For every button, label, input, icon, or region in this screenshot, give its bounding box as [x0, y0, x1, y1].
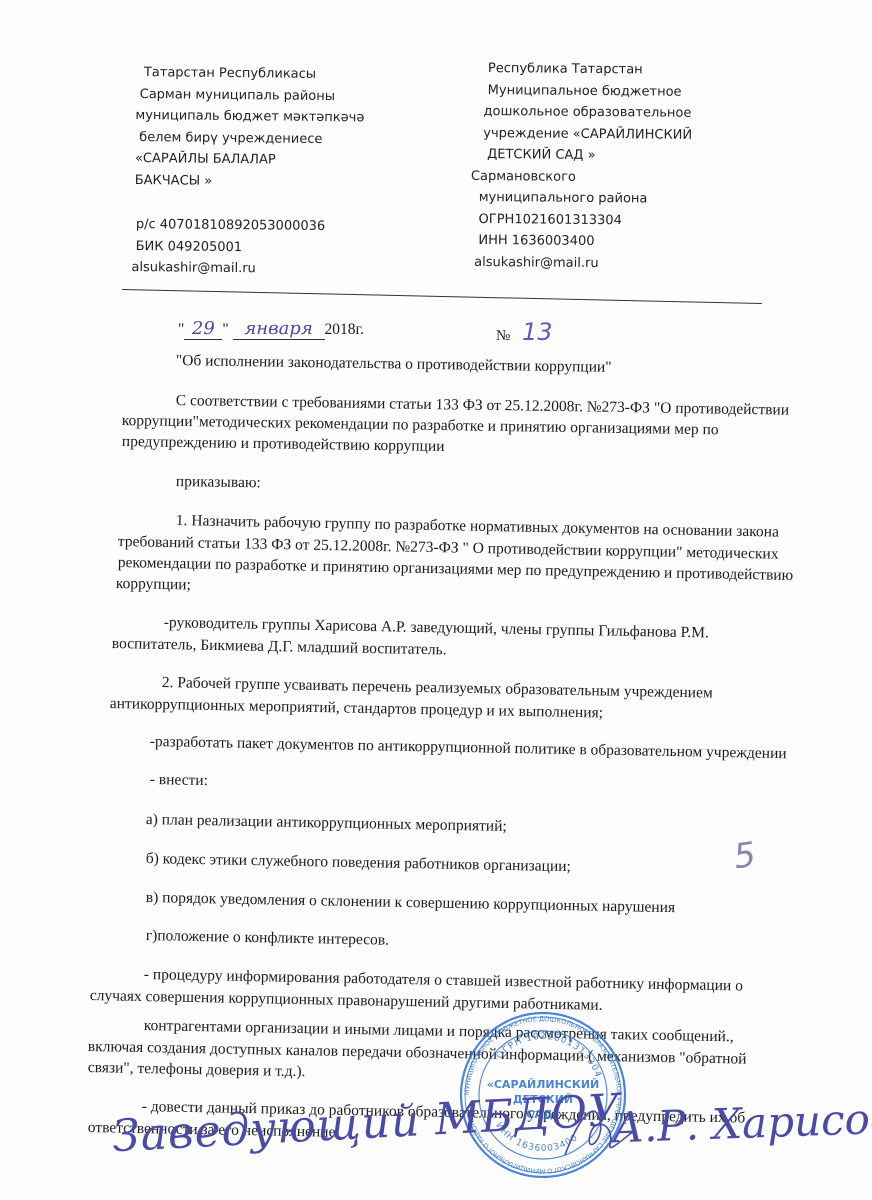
header-left-line: БАКЧАСЫ » [135, 169, 364, 193]
list-item-b: б) кодекс этики служебного поведения раб… [146, 850, 571, 876]
bank-details: р/с 40701810892053000036 БИК 049205001 a… [135, 214, 325, 280]
order-date: "29" января2018г. [178, 318, 364, 340]
header-left-line: «САРАЙЛЫ БАЛАЛАР [135, 148, 364, 172]
page-number-handwritten: 5 [731, 835, 758, 878]
contractors-line: связи", телефоны доверия и т.д.). [88, 1059, 306, 1081]
header-right-line: муниципального района [479, 187, 692, 210]
header-right-line: alsukashir@mail.ru [474, 251, 691, 274]
header-right-line: Республика Татарстан [484, 58, 693, 81]
intro-line: предупреждению и противодействию коррупц… [122, 433, 445, 456]
date-year: 2018г. [325, 321, 364, 338]
email-left: alsukashir@mail.ru [131, 257, 325, 281]
header-left-line: белем бирү учреждениесе [135, 126, 364, 150]
header-left-line: Татарстан Республикасы [136, 62, 365, 86]
item1-line: коррупции; [116, 575, 191, 594]
header-right-line: учреждение «САРАЙЛИНСКИЙ [483, 122, 692, 145]
header-left-tatar: Татарстан Республикасы Сарман муниципаль… [135, 62, 365, 193]
header-right-russian: Республика Татарстан Муниципальное бюдже… [482, 58, 693, 275]
order-number-handwritten: 13 [522, 318, 553, 346]
signature-name-handwritten: А.Р. Харисова [611, 1093, 872, 1153]
header-left-line: муниципаль бюджет мәктәпкәчә [135, 105, 364, 129]
list-item-v: в) порядок уведомления о склонении к сов… [146, 889, 676, 917]
header-right-line: ИНН 1636003400 [478, 230, 691, 253]
header-right-line: ОГРН1021601313304 [478, 208, 691, 231]
number-sign: № [496, 328, 510, 345]
header-left-line: Сарман муниципаль районы [136, 83, 365, 107]
include-line: - внести: [150, 771, 209, 790]
header-right-line: Муниципальное бюджетное [484, 79, 693, 102]
item2-line: антикоррупционных мероприятий, стандарто… [110, 695, 604, 722]
order-word: приказываю: [176, 473, 261, 492]
order-title: "Об исполнении законодательства о против… [176, 352, 612, 377]
header-right-line: ДЕТСКИЙ САД » [483, 144, 692, 167]
list-item-a: а) план реализации антикоррупционных мер… [146, 811, 507, 836]
bank-account: р/с 40701810892053000036 [136, 214, 326, 237]
document-page: Татарстан Республикасы Сарман муниципаль… [0, 0, 872, 1200]
develop-line: -разработать пакет документов по антикор… [150, 733, 787, 763]
group-line: воспитатель, Бикмиева Д.Г. младший воспи… [112, 635, 447, 659]
header-right-line: дошкольное образовательное [483, 101, 692, 124]
list-item-g: г)положение о конфликте интересов. [146, 927, 390, 950]
date-day-handwritten: 29 [184, 318, 222, 340]
header-right-line: Сармановского [471, 165, 692, 188]
header-divider [122, 289, 762, 304]
date-month-handwritten: января [233, 318, 325, 340]
quote: " [222, 321, 228, 338]
bank-bik: БИК 049205001 [136, 235, 326, 258]
